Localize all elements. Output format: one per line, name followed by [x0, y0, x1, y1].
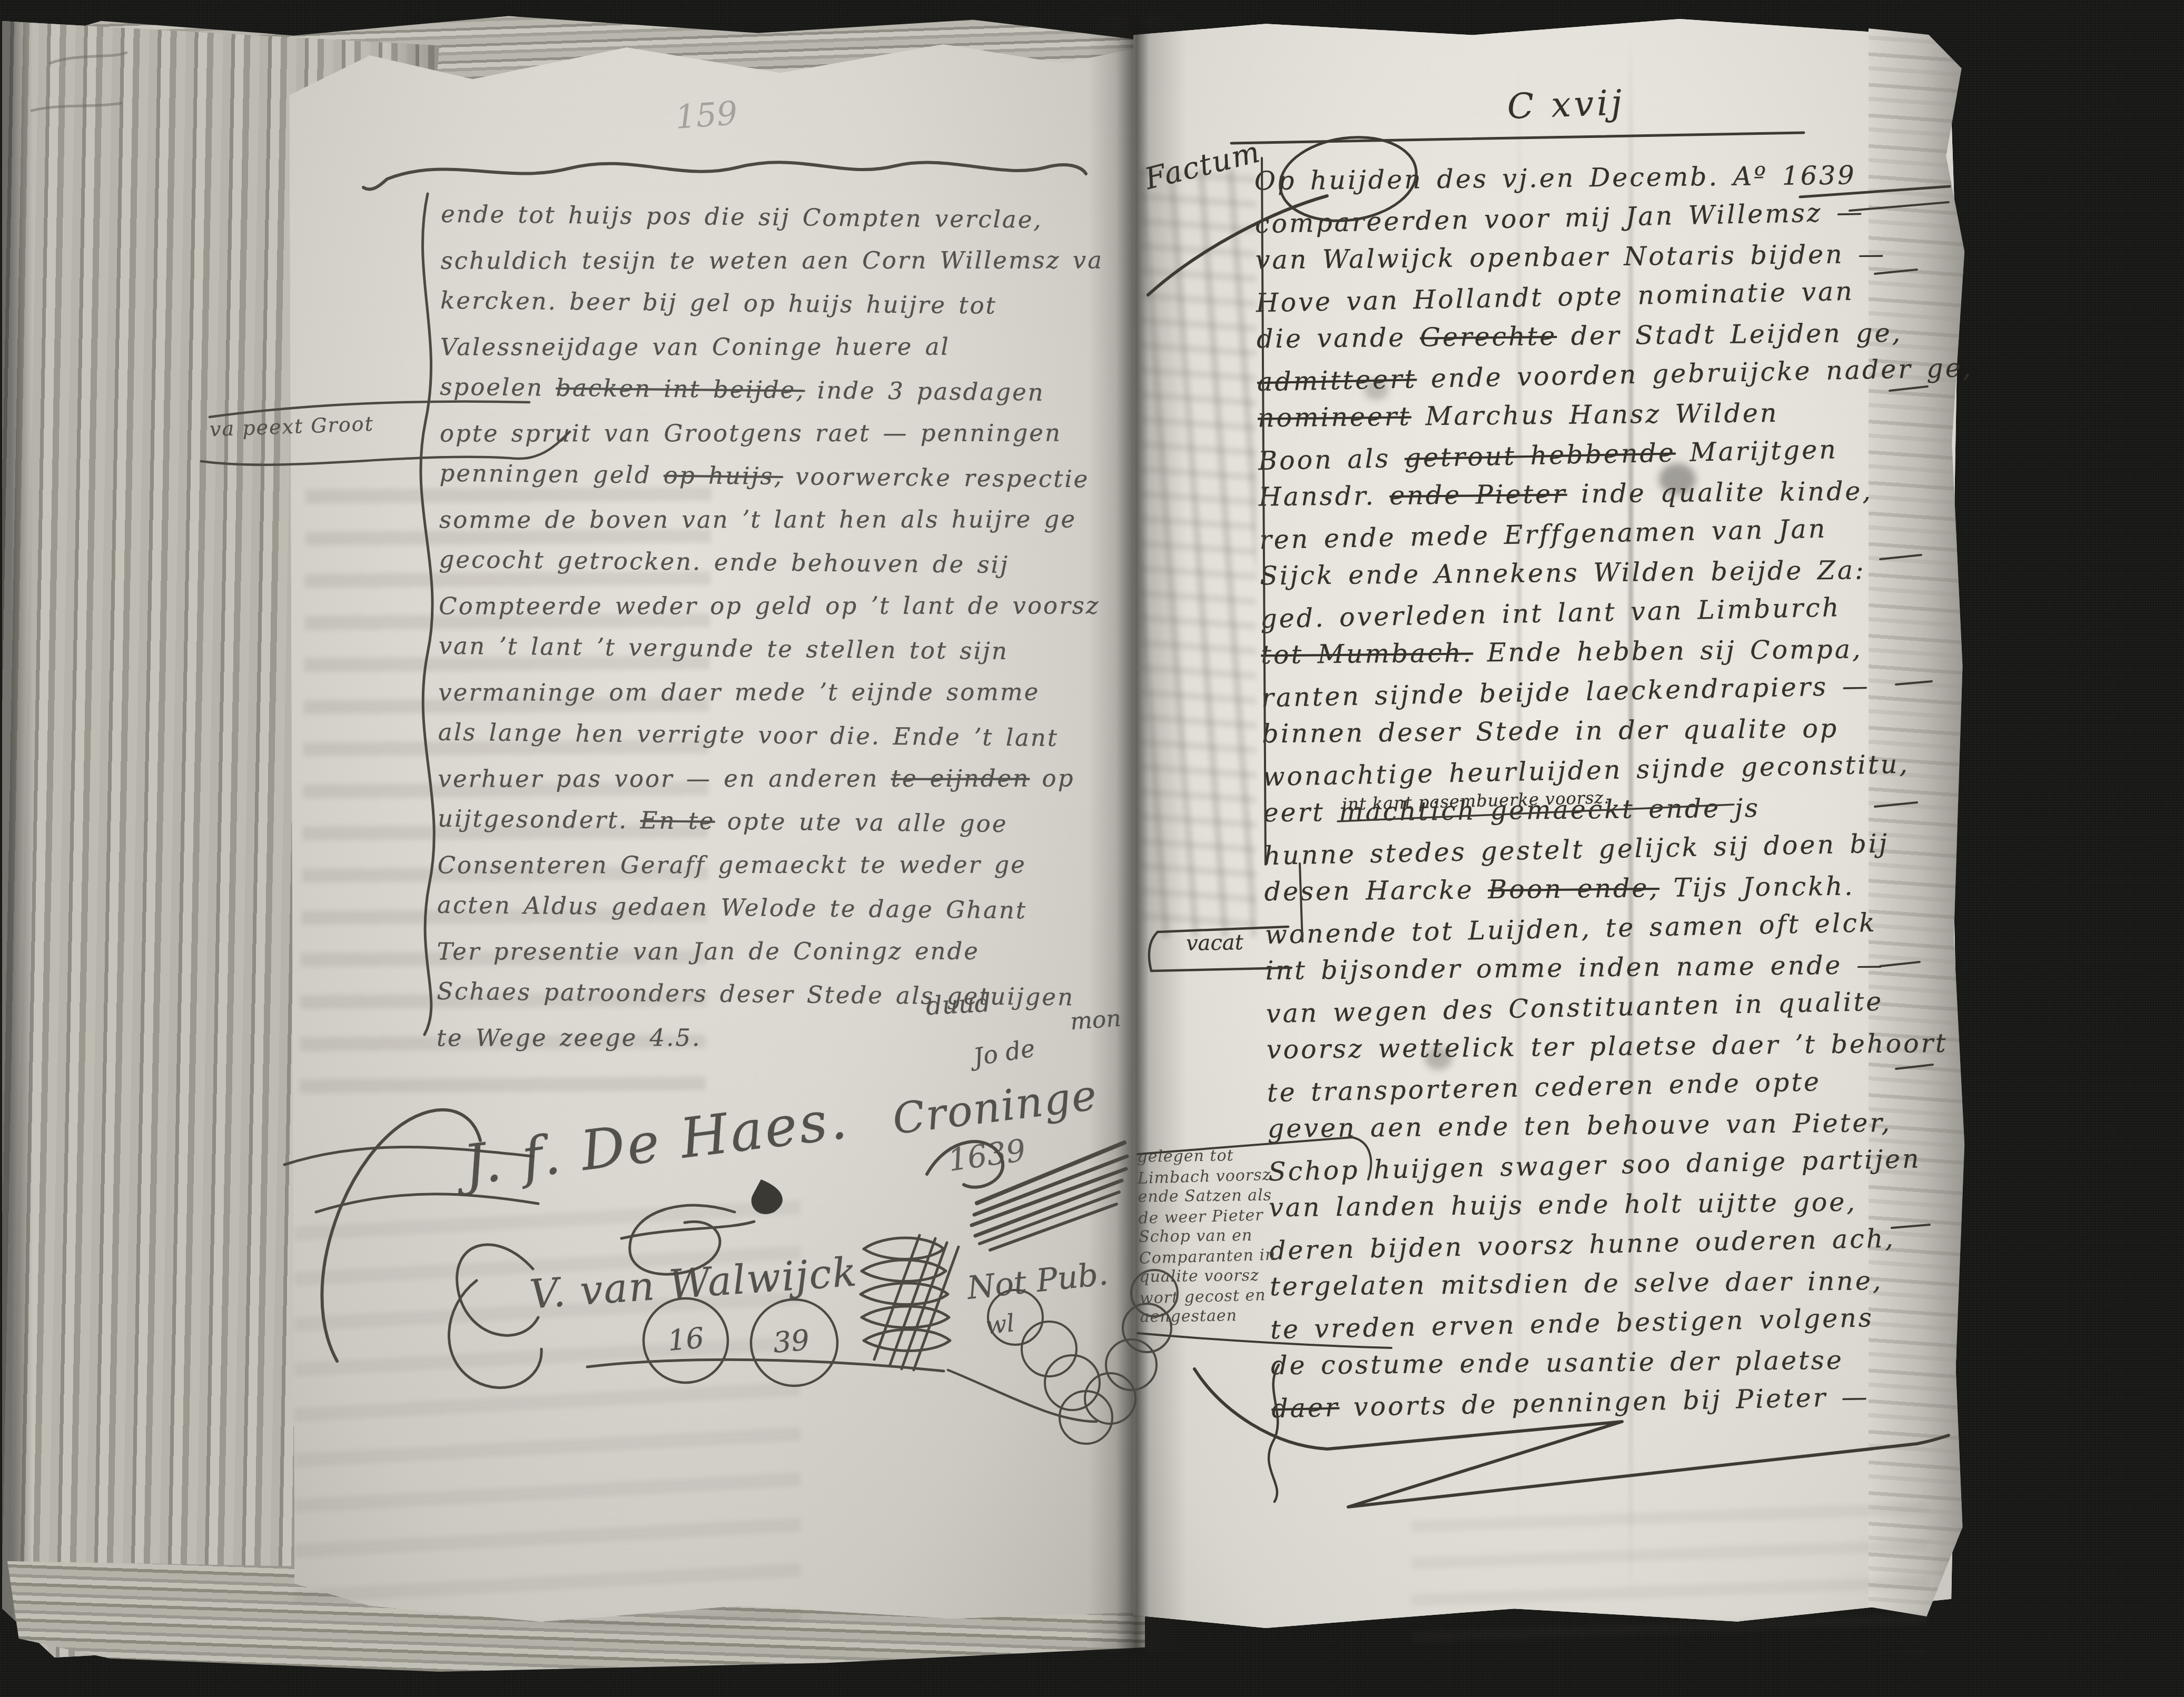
manuscript-line: penningen geld op huijs, voorwercke resp…	[439, 452, 1135, 502]
line-text: binnen deser Stede in der qualite op	[1262, 713, 1839, 749]
struck-text: backen int beijde,	[556, 374, 805, 404]
manuscript-line: uijtgesondert. En te opte ute va alle go…	[438, 797, 1133, 847]
line-text: ende voorden gebruijcke nader ge,	[1417, 353, 1973, 394]
manuscript-line: ende tot huijs pos die sij Compten vercl…	[441, 193, 1137, 243]
line-text: spoelen	[440, 373, 556, 402]
line-text: desen Harcke	[1264, 875, 1488, 907]
manuscript-line: Consenteren Geraff gemaeckt te weder ge	[438, 843, 1133, 887]
left-page-text-block: ende tot huijs pos die sij Compten vercl…	[437, 194, 1137, 1061]
year-digits-39: 39	[772, 1323, 811, 1359]
line-text: wonende tot Luijden, te samen oft elck	[1264, 908, 1877, 950]
struck-text: nomineert	[1258, 402, 1411, 433]
line-text: qualite voorsz	[1139, 1266, 1259, 1286]
line-text: Hove van Hollandt opte nominatie van	[1256, 276, 1854, 319]
line-text: als lange hen verrigte voor die. Ende ʼt…	[438, 718, 1059, 752]
struck-text: admitteert	[1257, 364, 1417, 397]
line-text: der Stadt Leijden ge,	[1557, 318, 1902, 351]
manuscript-line: somme de boven van ʼt lant hen als huijr…	[439, 498, 1134, 541]
line-text: verhuer pas voor — en anderen	[438, 765, 891, 793]
line-text: gelegen tot	[1137, 1146, 1234, 1166]
pencil-page-number: 159	[674, 94, 739, 136]
line-text: Hansdr.	[1259, 481, 1390, 512]
right-margin-note-vacat: vacat	[1186, 930, 1244, 956]
line-text: kercken. beer bij gel op huijs huijre to…	[440, 286, 997, 320]
line-text: Compteerde weder op geld op ʼt lant de v…	[439, 591, 1100, 620]
line-text: te Wege zeege 4.5.	[437, 1024, 701, 1051]
line-text: gecocht getrocken. ende behouven de sij	[439, 545, 1009, 579]
line-text: Boon als	[1258, 443, 1405, 477]
struck-text: daer	[1271, 1393, 1340, 1424]
struck-text: Boon ende,	[1488, 873, 1659, 905]
line-text: Sijck ende Annekens Wilden beijde Za:	[1260, 555, 1866, 591]
manuscript-line: als lange hen verrigte voor die. Ende ʼt…	[438, 711, 1134, 761]
manuscript-line: acten Aldus gedaen Welode te dage Ghant	[437, 884, 1133, 934]
line-text: te transporteren cederen ende opte	[1267, 1067, 1821, 1108]
manuscript-line: spoelen backen int beijde, inde 3 pasdag…	[440, 365, 1135, 415]
line-text: aengestaen	[1140, 1306, 1237, 1326]
line-text: ende tot huijs pos die sij Compten vercl…	[441, 200, 1043, 234]
line-text: van ʼt lant ʼt vergunde te stellen tot s…	[439, 632, 1009, 665]
struck-text: tot Mumbach.	[1261, 638, 1473, 670]
year-digits-16: 16	[666, 1321, 705, 1357]
line-text: inde 3 pasdagen	[805, 376, 1045, 406]
line-text: Valessneijdage van Coninge huere al	[440, 333, 950, 361]
right-margin-inset-note: gelegen totLimbach voorszende Satzen als…	[1137, 1144, 1361, 1327]
line-text: ged. overleden int lant van Limburch	[1260, 592, 1841, 634]
line-text: wort gecost en	[1140, 1286, 1266, 1308]
manuscript-line: van ʼt lant ʼt vergunde te stellen tot s…	[438, 624, 1134, 674]
folio-header: C xvij	[1507, 82, 1626, 127]
line-text: ren ende mede Erffgenamen van Jan	[1259, 514, 1827, 555]
aside-word: duud	[925, 988, 992, 1021]
line-text: schuldich tesijn te weten aen Corn Wille…	[441, 246, 1103, 274]
line-text: ranten sijnde beijde laeckendrapiers —	[1261, 671, 1870, 713]
struck-text: Gerechte	[1420, 321, 1557, 352]
line-text: tergelaten mitsdien de selve daer inne,	[1270, 1266, 1883, 1302]
line-text: van wegen des Constituanten in qualite	[1266, 987, 1883, 1029]
line-text: op	[1030, 765, 1074, 792]
line-text: Op huijden des vj.en Decemb. Aº 1639	[1254, 160, 1856, 196]
struck-text: te eijnden	[891, 765, 1030, 792]
line-text: penningen geld	[439, 459, 664, 489]
line-text: Schop van en	[1139, 1226, 1253, 1246]
manuscript-line: vermaninge om daer mede ʼt eijnde somme	[438, 670, 1133, 714]
line-text: voorwercke respectie	[783, 462, 1090, 493]
line-text: die vande	[1257, 322, 1420, 354]
manuscript-line: opte spruit van Grootgens raet — penning…	[440, 411, 1135, 455]
notary-mark: wl	[984, 1308, 1015, 1339]
line-text: Schop huijgen swager soo danige partijen	[1268, 1144, 1922, 1187]
manuscript-line: Ter presentie van Jan de Coningz ende	[437, 929, 1132, 973]
manuscript-photo: 159 ende tot huijs pos die sij Compten v…	[0, 0, 2184, 1697]
line-text: compareerden voor mij Jan Willemsz —	[1254, 197, 1864, 239]
line-text: de costume ende usantie der plaetse	[1271, 1345, 1844, 1381]
line-text: opte ute va alle goe	[715, 807, 1007, 838]
manuscript-line: kercken. beer bij gel op huijs huijre to…	[440, 279, 1136, 329]
line-text: somme de boven van ʼt lant hen als huijr…	[439, 505, 1076, 534]
manuscript-line: gecocht getrocken. ende behouven de sij	[439, 538, 1134, 588]
line-text: Limbach voorsz	[1138, 1166, 1271, 1188]
line-text: hunne stedes gestelt gelijck sij doen bi…	[1263, 828, 1889, 871]
struck-text: ende Pieter	[1389, 479, 1567, 511]
struck-text: getrout hebbende	[1404, 438, 1676, 473]
line-text: de weer Pieter	[1138, 1206, 1263, 1228]
struck-text: En te	[640, 806, 715, 835]
manuscript-line: Schaes patroonders deser Stede als getui…	[437, 970, 1132, 1020]
line-text: ende Satzen als	[1138, 1186, 1272, 1206]
line-text: opte spruit van Grootgens raet — penning…	[440, 419, 1062, 448]
line-text: Marchus Hansz Wilden	[1411, 398, 1779, 432]
line-text: voorsz wettelick ter plaetse daer ʼt beh…	[1267, 1028, 1948, 1065]
line-text: acten Aldus gedaen Welode te dage Ghant	[437, 891, 1027, 925]
line-text: inde qualite kinde,	[1567, 476, 1873, 509]
right-page-text-block: Op huijden des vj.en Decemb. Aº 1639comp…	[1254, 153, 1966, 1426]
manuscript-line: verhuer pas voor — en anderen te eijnden…	[438, 757, 1133, 800]
line-text: voorts de penningen bij Pieter —	[1339, 1382, 1870, 1422]
line-text: Consenteren Geraff gemaeckt te weder ge	[438, 851, 1026, 879]
line-text: Comparanten in	[1139, 1246, 1276, 1268]
line-text: int bijsonder omme inden name ende —	[1265, 950, 1884, 986]
line-text: van Walwijck openbaer Notaris bijden —	[1256, 239, 1886, 275]
manuscript-line: schuldich tesijn te weten aen Corn Wille…	[441, 239, 1136, 282]
line-text: geven aen ende ten behouve van Pieter,	[1268, 1108, 1892, 1144]
line-text: uijtgesondert.	[438, 805, 640, 835]
line-text: deren bijden voorsz hunne ouderen ach,	[1269, 1223, 1896, 1266]
manuscript-line: Compteerde weder op geld op ʼt lant de v…	[439, 584, 1134, 628]
manuscript-line: Valessneijdage van Coninge huere al	[440, 325, 1135, 369]
aside-word: mon	[1069, 1005, 1122, 1036]
line-text: Ende hebben sij Compa,	[1473, 634, 1863, 668]
inset-note-line: aengestaen	[1140, 1304, 1361, 1327]
line-text: wonachtige heurluijden sijnde geconstitu…	[1262, 749, 1910, 792]
line-text: Tijs Jonckh.	[1659, 871, 1855, 904]
line-text: Marijtgen	[1675, 434, 1838, 468]
struck-text: op huijs,	[664, 461, 783, 490]
line-text: vermaninge om daer mede ʼt eijnde somme	[438, 678, 1040, 707]
line-text: Ter presentie van Jan de Coningz ende	[437, 937, 980, 966]
